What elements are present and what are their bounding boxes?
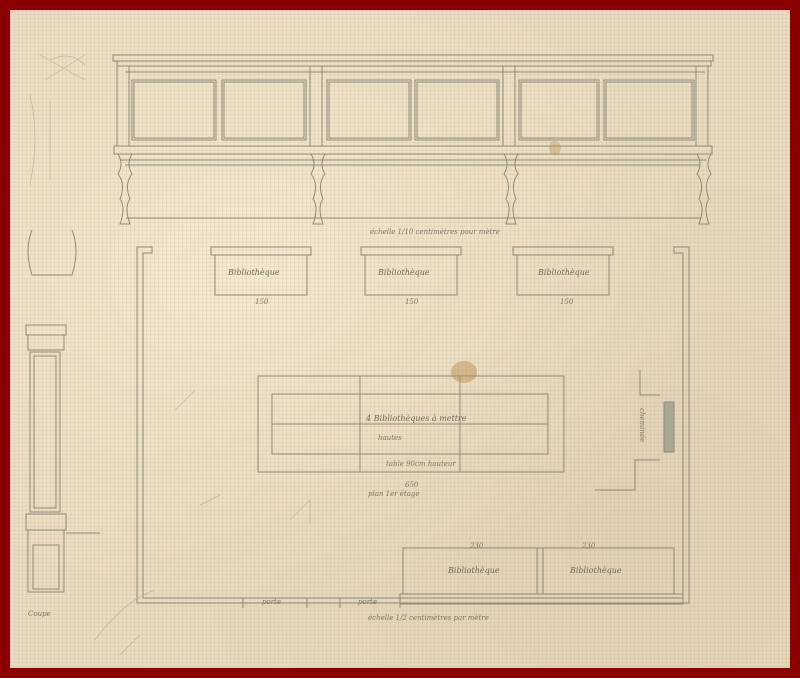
top-case-dim-3: 150	[560, 298, 573, 306]
top-case-label-1: Bibliothèque	[228, 268, 280, 277]
bottom-case-label-1: Bibliothèque	[448, 566, 500, 575]
door-label-2: porte	[358, 598, 377, 606]
central-note-line1: 4 Bibliothèques à mettre	[366, 414, 467, 423]
stain	[451, 361, 477, 383]
top-case-dim-2: 150	[405, 298, 418, 306]
plan-scale-caption: échelle 1/2 centimètres par mètre	[368, 614, 489, 622]
top-case-label-2: Bibliothèque	[378, 268, 430, 277]
side-elevation	[26, 230, 100, 592]
side-elevation-caption: Coupe	[28, 610, 51, 618]
top-case-dim-1: 150	[255, 298, 268, 306]
bottom-case-label-2: Bibliothèque	[570, 566, 622, 575]
fireplace-label: cheminée	[638, 408, 646, 442]
bookcase-elevation	[113, 55, 713, 224]
pencil-sketches	[30, 55, 310, 655]
plan-title: plan 1er étage	[368, 490, 420, 498]
door-label-1: porte	[262, 598, 281, 606]
bottom-case-dim-2: 230	[582, 542, 595, 550]
elevation-scale-caption: échelle 1/10 centimètres pour mètre	[370, 228, 500, 236]
central-note-line2: hautes	[378, 434, 402, 442]
central-width-dim: 650	[405, 481, 418, 489]
drawing-linework	[0, 0, 800, 678]
bottom-case-dim-1: 230	[470, 542, 483, 550]
top-case-label-3: Bibliothèque	[538, 268, 590, 277]
stain	[549, 141, 561, 155]
central-note-line3: table 90cm hauteur	[386, 460, 456, 468]
